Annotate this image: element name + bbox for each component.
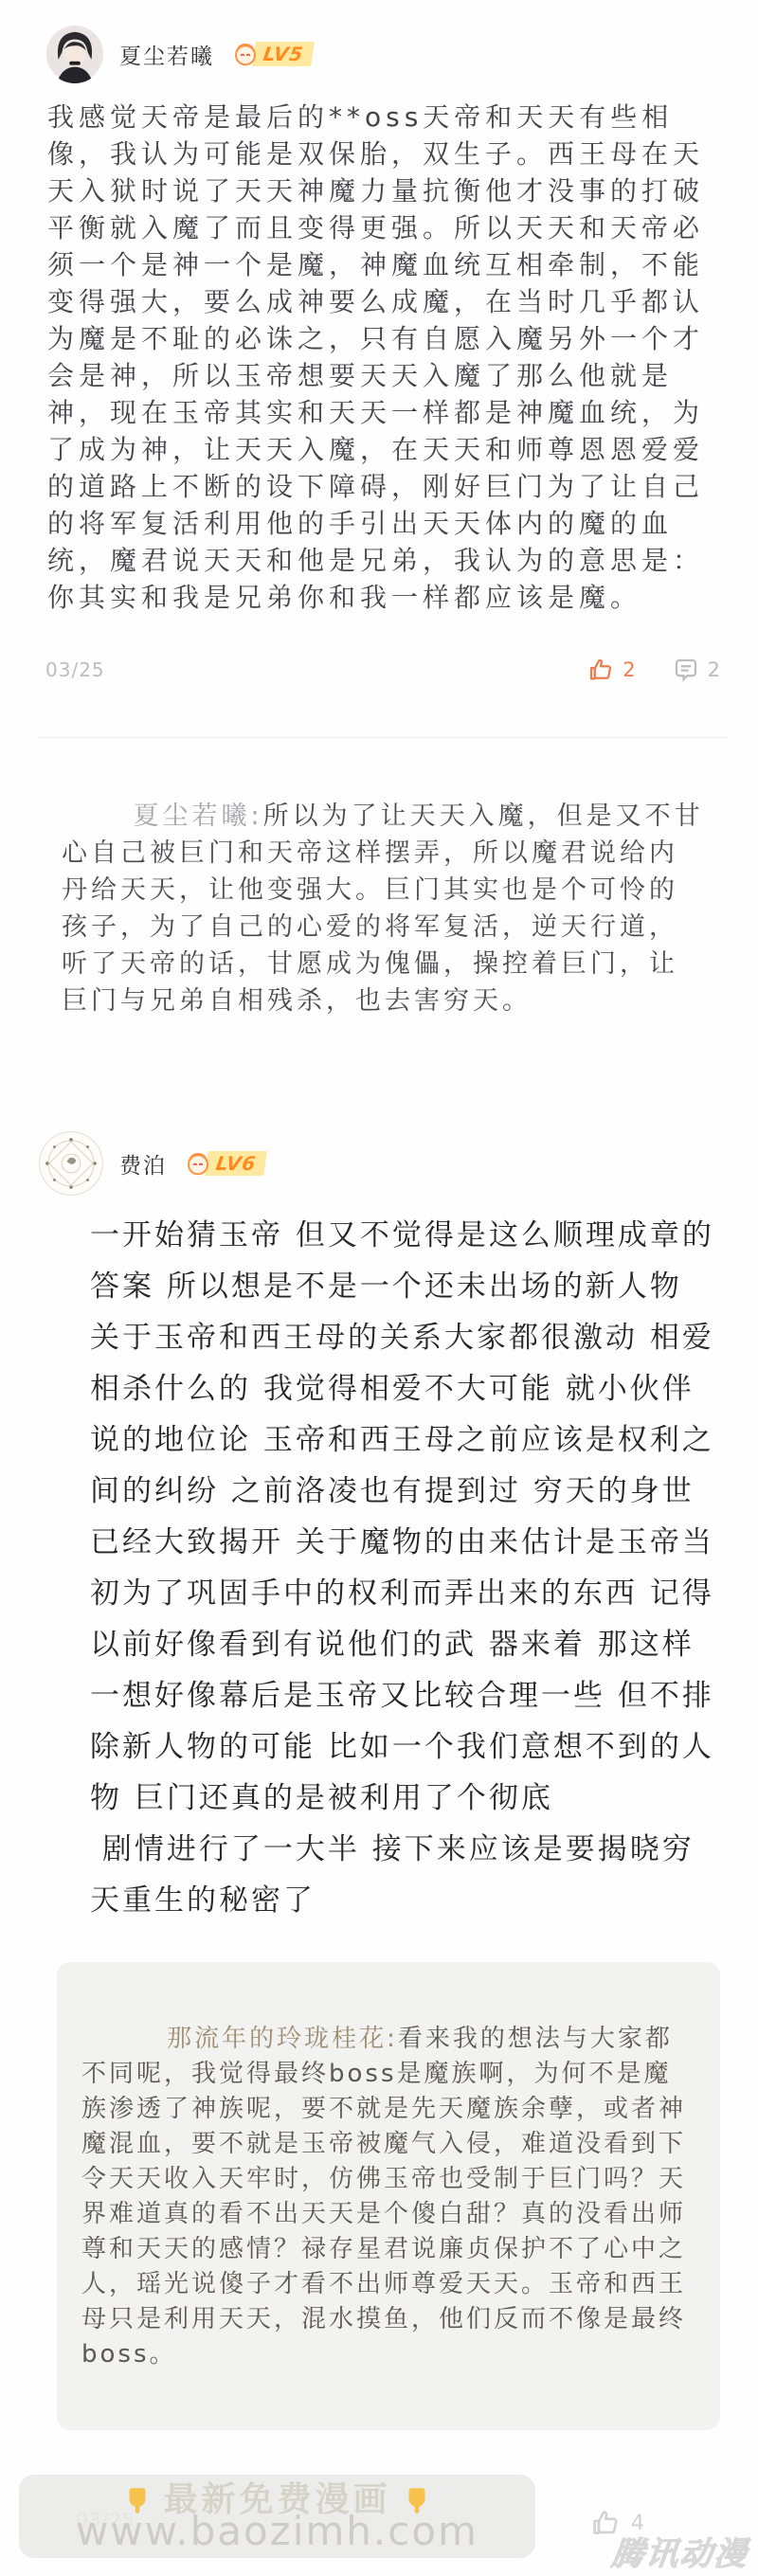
reply-text: 所以为了让天天入魔，但是又不甘心自己被巨门和天帝这样摆弄，所以魔君说给内丹给天天… bbox=[62, 802, 704, 1016]
level-label-1: LV5 bbox=[252, 42, 315, 66]
level-label-2: LV6 bbox=[205, 1151, 267, 1176]
comment-paragraph: 一开始猜玉帝 但又不觉得是这么顺理成章的答案 所以想是不是一个还未出场的新人物 bbox=[90, 1210, 723, 1312]
quoted-username[interactable]: 那流年的玲珑桂花: bbox=[167, 2025, 398, 2053]
reply-username[interactable]: 夏尘若曦: bbox=[134, 802, 263, 831]
reply-item-1[interactable]: 夏尘若曦:所以为了让天天入魔，但是又不甘心自己被巨门和天帝这样摆弄，所以魔君说给… bbox=[62, 761, 706, 1056]
comment-section: 夏尘若曦 LV5 我感觉天帝是最后的**oss天帝和天天有些相像，我认为可能是双… bbox=[0, 0, 758, 2576]
comment-text-1: 我感觉天帝是最后的**oss天帝和天天有些相像，我认为可能是双保胎，双生子。西王… bbox=[47, 99, 718, 616]
watermark-url: www.baozimh.com bbox=[76, 2513, 478, 2550]
watermark-banner: 最新免费漫画 www.baozimh.com bbox=[19, 2475, 535, 2558]
level-face-icon bbox=[184, 1149, 212, 1178]
comment-item-1: 夏尘若曦 LV5 我感觉天帝是最后的**oss天帝和天天有些相像，我认为可能是双… bbox=[45, 25, 716, 1056]
level-face-icon bbox=[231, 40, 260, 68]
like-button-1[interactable]: 2 bbox=[587, 656, 635, 684]
comment-paragraph: 关于玉帝和西王母的关系大家都很激动 相爱相杀什么的 我觉得相爱不大可能 就小伙伴… bbox=[90, 1312, 723, 1824]
divider bbox=[38, 737, 730, 738]
thumbs-up-icon bbox=[587, 656, 615, 684]
comment-text-2: 一开始猜玉帝 但又不觉得是这么顺理成章的答案 所以想是不是一个还未出场的新人物 … bbox=[90, 1210, 723, 1926]
level-badge-2: LV6 bbox=[184, 1149, 265, 1178]
quoted-reply[interactable]: 那流年的玲珑桂花:看来我的想法与大家都不同呢，我觉得最终boss是魔族啊，为何不… bbox=[57, 1962, 720, 2430]
comment-item-2: 费泊 LV6 一开始猜玉帝 但又不觉得是这么顺理成章的答案 所以想是不是一个还未… bbox=[45, 1130, 716, 2430]
reply-count-1: 2 bbox=[708, 658, 720, 681]
speech-bubble-icon bbox=[672, 656, 700, 684]
comment-paragraph: 剧情进行了一大半 接下来应该是要揭晓穷天重生的秘密了 bbox=[90, 1824, 723, 1926]
site-logo-watermark: 腾讯动漫 bbox=[609, 2528, 750, 2574]
like-count-1: 2 bbox=[623, 658, 635, 681]
avatar-user-1[interactable] bbox=[45, 25, 104, 83]
username-1[interactable]: 夏尘若曦 bbox=[119, 39, 214, 70]
level-badge-1: LV5 bbox=[231, 40, 313, 68]
avatar-illustration bbox=[45, 25, 104, 83]
quoted-text: 看来我的想法与大家都不同呢，我觉得最终boss是魔族啊，为何不是魔族渗透了神族呢… bbox=[81, 2025, 686, 2369]
avatar-illustration bbox=[38, 1130, 104, 1197]
username-2[interactable]: 费泊 bbox=[119, 1148, 167, 1180]
avatar-user-2[interactable] bbox=[38, 1130, 104, 1197]
reply-count-button-1[interactable]: 2 bbox=[672, 656, 720, 684]
comment-date-1: 03/25 bbox=[45, 658, 105, 681]
